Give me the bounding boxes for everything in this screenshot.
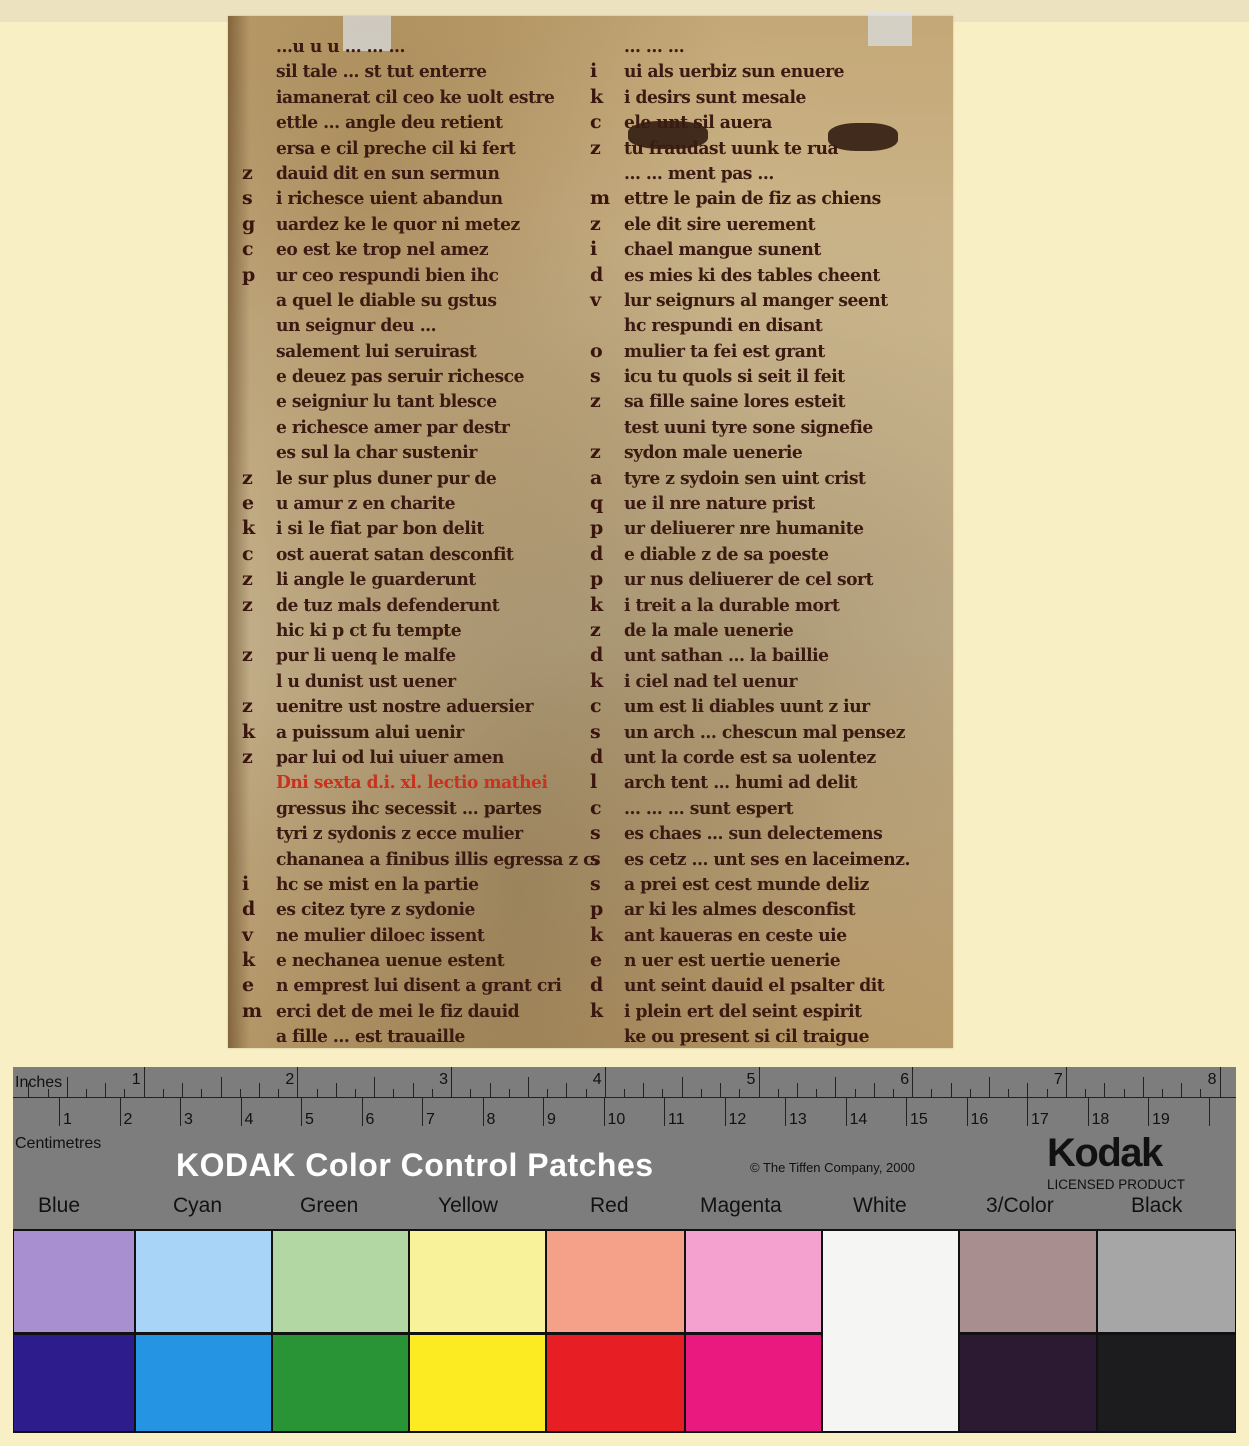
inch-tick bbox=[490, 1083, 491, 1097]
manuscript-line: a quel le diable su gstus bbox=[242, 288, 616, 313]
patch-label-red: Red bbox=[590, 1194, 629, 1218]
patch-bottom-blue bbox=[14, 1335, 134, 1431]
inch-tick bbox=[86, 1089, 87, 1097]
line-text: ettre le pain de fiz as chiens bbox=[624, 186, 881, 211]
line-text: i ciel nad tel uenur bbox=[624, 669, 797, 694]
inch-tick bbox=[278, 1089, 279, 1097]
cm-number: 15 bbox=[910, 1111, 928, 1129]
manuscript-line: ... ... ment pas ... bbox=[590, 161, 925, 186]
cm-number: 13 bbox=[789, 1111, 807, 1129]
cm-tick bbox=[120, 1098, 121, 1126]
inch-tick bbox=[1200, 1089, 1201, 1097]
cm-number: 8 bbox=[487, 1111, 496, 1129]
line-text: ele unt sil auera bbox=[624, 110, 772, 135]
manuscript-line: un seignur deu ... bbox=[242, 313, 616, 338]
initial-letter: k bbox=[590, 923, 624, 948]
cm-tick bbox=[1088, 1098, 1089, 1126]
manuscript-line: zpur li uenq le malfe bbox=[242, 643, 616, 668]
manuscript-line: ichael mangue sunent bbox=[590, 237, 925, 262]
cm-number: 10 bbox=[608, 1111, 626, 1129]
line-text: salement lui seruirast bbox=[276, 339, 476, 364]
copyright-text: © The Tiffen Company, 2000 bbox=[750, 1160, 915, 1175]
manuscript-line: de diable z de sa poeste bbox=[590, 542, 925, 567]
inch-tick bbox=[1085, 1089, 1086, 1097]
inch-tick bbox=[586, 1089, 587, 1097]
line-text: chael mangue sunent bbox=[624, 237, 821, 262]
line-text: unt la corde est sa uolentez bbox=[624, 745, 876, 770]
cm-tick bbox=[1209, 1098, 1210, 1126]
line-text: sil tale ... st tut enterre bbox=[276, 59, 487, 84]
manuscript-line: test uuni tyre sone signefie bbox=[590, 415, 925, 440]
inch-tick bbox=[989, 1077, 990, 1097]
inch-tick bbox=[970, 1089, 971, 1097]
patch-label-white: White bbox=[853, 1194, 907, 1218]
line-text: ersa e cil preche cil ki fert bbox=[276, 136, 515, 161]
centimetres-label: Centimetres bbox=[15, 1135, 101, 1153]
inch-tick bbox=[509, 1089, 510, 1097]
manuscript-line: dunt seint dauid el psalter dit bbox=[590, 973, 925, 998]
cm-tick bbox=[846, 1098, 847, 1126]
manuscript-line: ke ou present si cil traigue bbox=[590, 1024, 925, 1049]
manuscript-line: ersa e cil preche cil ki fert bbox=[242, 136, 616, 161]
line-text: e nechanea uenue estent bbox=[276, 948, 504, 973]
line-text: de tuz mals defenderunt bbox=[276, 593, 499, 618]
patch-label-magenta: Magenta bbox=[700, 1194, 782, 1218]
manuscript-line: si richesce uient abandun bbox=[242, 186, 616, 211]
manuscript-line: cele unt sil auera bbox=[590, 110, 925, 135]
line-text: ar ki les almes desconfist bbox=[624, 897, 855, 922]
line-text: u amur z en charite bbox=[276, 491, 455, 516]
inch-tick bbox=[182, 1083, 183, 1097]
initial-letter: q bbox=[590, 491, 624, 516]
initial-letter: z bbox=[242, 567, 276, 592]
manuscript-line: iamanerat cil ceo ke uolt estre bbox=[242, 85, 616, 110]
manuscript-line: vlur seignurs al manger seent bbox=[590, 288, 925, 313]
initial-letter: k bbox=[590, 85, 624, 110]
inch-tick bbox=[759, 1067, 760, 1097]
inch-tick bbox=[931, 1089, 932, 1097]
manuscript-line: c... ... ... sunt espert bbox=[590, 796, 925, 821]
manuscript-line: es sul la char sustenir bbox=[242, 440, 616, 465]
line-text: uardez ke le quor ni metez bbox=[276, 212, 520, 237]
line-text: a prei est cest munde deliz bbox=[624, 872, 869, 897]
initial-letter: e bbox=[590, 948, 624, 973]
manuscript-line: en uer est uertie uenerie bbox=[590, 948, 925, 973]
line-text: es cetz ... unt ses en laceimenz. bbox=[624, 847, 910, 872]
initial-letter: p bbox=[590, 567, 624, 592]
inch-number: 8 bbox=[1208, 1071, 1217, 1089]
manuscript-line: ses cetz ... unt ses en laceimenz. bbox=[590, 847, 925, 872]
manuscript-line: mettre le pain de fiz as chiens bbox=[590, 186, 925, 211]
manuscript-line: pur ceo respundi bien ihc bbox=[242, 263, 616, 288]
initial-letter: v bbox=[242, 923, 276, 948]
manuscript-line: a fille ... est trauaille bbox=[242, 1024, 616, 1049]
line-text: ur deliuerer nre humanite bbox=[624, 516, 864, 541]
manuscript-line: des mies ki des tables cheent bbox=[590, 263, 925, 288]
line-text: e richesce amer par destr bbox=[276, 415, 509, 440]
cm-tick bbox=[1027, 1098, 1028, 1126]
inch-tick bbox=[259, 1083, 260, 1097]
initial-letter: s bbox=[242, 186, 276, 211]
line-text: l u dunist ust uener bbox=[276, 669, 456, 694]
inch-number: 4 bbox=[593, 1071, 602, 1089]
cm-number: 1 bbox=[63, 1111, 72, 1129]
patch-bottom-red bbox=[547, 1335, 684, 1431]
line-text: es chaes ... sun delectemens bbox=[624, 821, 882, 846]
inch-tick bbox=[105, 1083, 106, 1097]
manuscript-line: cost auerat satan desconfit bbox=[242, 542, 616, 567]
line-text: ... ... ... sunt espert bbox=[624, 796, 793, 821]
cm-tick bbox=[543, 1098, 544, 1126]
line-text: pur li uenq le malfe bbox=[276, 643, 456, 668]
initial-letter: z bbox=[590, 136, 624, 161]
manuscript-line: e seigniur lu tant blesce bbox=[242, 389, 616, 414]
inch-tick bbox=[547, 1089, 548, 1097]
patch-bottom-black bbox=[1098, 1335, 1235, 1431]
line-text: a fille ... est trauaille bbox=[276, 1024, 465, 1049]
color-patches bbox=[13, 1229, 1236, 1433]
line-text: ost auerat satan desconfit bbox=[276, 542, 513, 567]
inch-tick bbox=[662, 1089, 663, 1097]
manuscript-line: atyre z sydoin sen uint crist bbox=[590, 466, 925, 491]
manuscript-line: ceo est ke trop nel amez bbox=[242, 237, 616, 262]
line-text: gressus ihc secessit ... partes bbox=[276, 796, 541, 821]
line-text: sa fille saine lores esteit bbox=[624, 389, 845, 414]
line-text: ele dit sire uerement bbox=[624, 212, 815, 237]
initial-letter: p bbox=[590, 516, 624, 541]
patch-bottom-magenta bbox=[686, 1335, 821, 1431]
manuscript-line: ettle ... angle deu retient bbox=[242, 110, 616, 135]
line-text: ue il nre nature prist bbox=[624, 491, 815, 516]
line-text: es citez tyre z sydonie bbox=[276, 897, 475, 922]
manuscript-line: eu amur z en charite bbox=[242, 491, 616, 516]
initial-letter: c bbox=[590, 110, 624, 135]
inch-tick bbox=[682, 1077, 683, 1097]
line-text: lur seignurs al manger seent bbox=[624, 288, 888, 313]
cm-tick bbox=[241, 1098, 242, 1126]
line-text: arch tent ... humi ad delit bbox=[624, 770, 857, 795]
initial-letter: p bbox=[242, 263, 276, 288]
inch-tick bbox=[1143, 1077, 1144, 1097]
patch-top-blue bbox=[14, 1231, 134, 1332]
initial-letter: e bbox=[242, 491, 276, 516]
line-text: ur ceo respundi bien ihc bbox=[276, 263, 498, 288]
manuscript-line: sil tale ... st tut enterre bbox=[242, 59, 616, 84]
manuscript-line: pur deliuerer nre humanite bbox=[590, 516, 925, 541]
cm-tick bbox=[967, 1098, 968, 1126]
patch-white bbox=[823, 1231, 958, 1431]
line-text: i si le fiat par bon delit bbox=[276, 516, 484, 541]
line-text: ...u u u ... ... ... bbox=[276, 34, 405, 59]
manuscript-line: iui als uerbiz sun enuere bbox=[590, 59, 925, 84]
line-text: sydon male uenerie bbox=[624, 440, 802, 465]
initial-letter: i bbox=[590, 59, 624, 84]
manuscript-line: kant kaueras en ceste uie bbox=[590, 923, 925, 948]
cm-tick bbox=[483, 1098, 484, 1126]
manuscript-line: chananea a finibus illis egressa z c. bbox=[242, 847, 616, 872]
manuscript-line: e deuez pas seruir richesce bbox=[242, 364, 616, 389]
line-text: Dni sexta d.i. xl. lectio mathei bbox=[276, 770, 547, 795]
manuscript-line: des citez tyre z sydonie bbox=[242, 897, 616, 922]
kodak-logo: Kodak bbox=[1047, 1131, 1162, 1176]
manuscript-line: ki plein ert del seint espirit bbox=[590, 999, 925, 1024]
initial-letter: s bbox=[590, 364, 624, 389]
line-text: n uer est uertie uenerie bbox=[624, 948, 840, 973]
cm-number: 9 bbox=[547, 1111, 556, 1129]
inch-tick bbox=[797, 1083, 798, 1097]
manuscript-line: ki desirs sunt mesale bbox=[590, 85, 925, 110]
cm-number: 4 bbox=[245, 1111, 254, 1129]
manuscript-line: zsydon male uenerie bbox=[590, 440, 925, 465]
manuscript-line: zde la male uenerie bbox=[590, 618, 925, 643]
initial-letter: c bbox=[242, 542, 276, 567]
inch-tick bbox=[374, 1077, 375, 1097]
manuscript-line: gressus ihc secessit ... partes bbox=[242, 796, 616, 821]
inch-tick bbox=[1066, 1067, 1067, 1097]
line-text: test uuni tyre sone signefie bbox=[624, 415, 873, 440]
initial-letter: a bbox=[590, 466, 624, 491]
line-text: a puissum alui uenir bbox=[276, 720, 464, 745]
manuscript-line: en emprest lui disent a grant cri bbox=[242, 973, 616, 998]
inch-tick bbox=[201, 1089, 202, 1097]
patch-top-magenta bbox=[686, 1231, 821, 1332]
line-text: e diable z de sa poeste bbox=[624, 542, 828, 567]
color-control-card: 1234567812345678910111213141516171819 In… bbox=[13, 1067, 1236, 1229]
cm-number: 6 bbox=[366, 1111, 375, 1129]
inch-tick bbox=[528, 1077, 529, 1097]
line-text: hc se mist en la partie bbox=[276, 872, 479, 897]
patch-label-blue: Blue bbox=[38, 1194, 80, 1218]
inch-tick bbox=[451, 1067, 452, 1097]
line-text: dauid dit en sun sermun bbox=[276, 161, 499, 186]
line-text: tyri z sydonis z ecce mulier bbox=[276, 821, 523, 846]
initial-letter: z bbox=[242, 161, 276, 186]
card-title: KODAK Color Control Patches bbox=[176, 1147, 654, 1184]
manuscript-line: ki treit a la durable mort bbox=[590, 593, 925, 618]
patch-label-black: Black bbox=[1131, 1194, 1182, 1218]
cm-number: 11 bbox=[668, 1111, 685, 1129]
line-text: par lui od lui uiuer amen bbox=[276, 745, 504, 770]
cm-tick bbox=[664, 1098, 665, 1126]
line-text: un arch ... chescun mal pensez bbox=[624, 720, 905, 745]
initial-letter: z bbox=[242, 466, 276, 491]
inch-tick bbox=[701, 1089, 702, 1097]
patch-bottom-green bbox=[273, 1335, 408, 1431]
initial-letter: p bbox=[590, 897, 624, 922]
line-text: n emprest lui disent a grant cri bbox=[276, 973, 561, 998]
text-column-right: ... ... ...iui als uerbiz sun enuereki d… bbox=[590, 34, 925, 1050]
manuscript-line: hic ki p ct fu tempte bbox=[242, 618, 616, 643]
cm-number: 3 bbox=[184, 1111, 193, 1129]
inch-tick bbox=[1047, 1089, 1048, 1097]
cm-tick bbox=[59, 1098, 60, 1126]
inch-tick bbox=[1162, 1089, 1163, 1097]
manuscript-line: que il nre nature prist bbox=[590, 491, 925, 516]
line-text: es sul la char sustenir bbox=[276, 440, 477, 465]
inch-tick bbox=[297, 1067, 298, 1097]
initial-letter: o bbox=[590, 339, 624, 364]
manuscript-line: omulier ta fei est grant bbox=[590, 339, 925, 364]
line-text: a quel le diable su gstus bbox=[276, 288, 497, 313]
manuscript-line: zde tuz mals defenderunt bbox=[242, 593, 616, 618]
cm-tick bbox=[180, 1098, 181, 1126]
inch-tick bbox=[336, 1083, 337, 1097]
manuscript-line: Dni sexta d.i. xl. lectio mathei bbox=[242, 770, 616, 795]
manuscript-line: pur nus deliuerer de cel sort bbox=[590, 567, 925, 592]
line-text: ant kaueras en ceste uie bbox=[624, 923, 847, 948]
manuscript-line: tyri z sydonis z ecce mulier bbox=[242, 821, 616, 846]
cm-tick bbox=[301, 1098, 302, 1126]
manuscript-line: salement lui seruirast bbox=[242, 339, 616, 364]
inch-number: 6 bbox=[900, 1071, 909, 1089]
patch-label-green: Green bbox=[300, 1194, 358, 1218]
line-text: le sur plus duner pur de bbox=[276, 466, 496, 491]
cm-tick bbox=[906, 1098, 907, 1126]
initial-letter: z bbox=[242, 643, 276, 668]
initial-letter: l bbox=[590, 770, 624, 795]
line-text: hc respundi en disant bbox=[624, 313, 822, 338]
line-text: um est li diables uunt z iur bbox=[624, 694, 870, 719]
inch-tick bbox=[720, 1083, 721, 1097]
patch-top-yellow bbox=[410, 1231, 545, 1332]
patch-bottom-cyan bbox=[136, 1335, 271, 1431]
line-text: ... ... ... bbox=[624, 34, 684, 59]
cm-number: 2 bbox=[124, 1111, 133, 1129]
patch-top-3-color bbox=[960, 1231, 1096, 1332]
line-text: erci det de mei le fiz dauid bbox=[276, 999, 519, 1024]
inch-tick bbox=[470, 1089, 471, 1097]
inch-number: 7 bbox=[1054, 1071, 1063, 1089]
initial-letter: d bbox=[590, 745, 624, 770]
initial-letter: s bbox=[590, 847, 624, 872]
line-text: i desirs sunt mesale bbox=[624, 85, 806, 110]
initial-letter: c bbox=[590, 694, 624, 719]
line-text: unt seint dauid el psalter dit bbox=[624, 973, 884, 998]
line-text: i plein ert del seint espirit bbox=[624, 999, 862, 1024]
cm-tick bbox=[725, 1098, 726, 1126]
inch-tick bbox=[624, 1089, 625, 1097]
line-text: iamanerat cil ceo ke uolt estre bbox=[276, 85, 554, 110]
initial-letter: d bbox=[590, 263, 624, 288]
initial-letter: c bbox=[590, 796, 624, 821]
manuscript-line: par ki les almes desconfist bbox=[590, 897, 925, 922]
cm-number: 7 bbox=[426, 1111, 435, 1129]
cm-number: 12 bbox=[729, 1111, 747, 1129]
line-text: tyre z sydoin sen uint crist bbox=[624, 466, 865, 491]
line-text: icu tu quols si seit il feit bbox=[624, 364, 845, 389]
line-text: eo est ke trop nel amez bbox=[276, 237, 488, 262]
text-column-left: ...u u u ... ... ...sil tale ... st tut … bbox=[242, 34, 616, 1050]
initial-letter: s bbox=[590, 821, 624, 846]
initial-letter: z bbox=[590, 389, 624, 414]
manuscript-line: ses chaes ... sun delectemens bbox=[590, 821, 925, 846]
line-text: ... ... ment pas ... bbox=[624, 161, 774, 186]
line-text: ettle ... angle deu retient bbox=[276, 110, 503, 135]
manuscript-line: zpar lui od lui uiuer amen bbox=[242, 745, 616, 770]
initial-letter: z bbox=[242, 593, 276, 618]
manuscript-line: l u dunist ust uener bbox=[242, 669, 616, 694]
initial-letter: k bbox=[590, 669, 624, 694]
manuscript-line: sicu tu quols si seit il feit bbox=[590, 364, 925, 389]
cm-tick bbox=[1148, 1098, 1149, 1126]
line-text: un seignur deu ... bbox=[276, 313, 436, 338]
inch-tick bbox=[643, 1083, 644, 1097]
initial-letter: z bbox=[590, 212, 624, 237]
inch-tick bbox=[221, 1077, 222, 1097]
line-text: unt sathan ... la baillie bbox=[624, 643, 829, 668]
manuscript-line: ki ciel nad tel uenur bbox=[590, 669, 925, 694]
manuscript-line: dunt la corde est sa uolentez bbox=[590, 745, 925, 770]
inch-tick bbox=[816, 1089, 817, 1097]
inch-tick bbox=[605, 1067, 606, 1097]
inch-tick bbox=[317, 1089, 318, 1097]
cm-number: 17 bbox=[1031, 1111, 1049, 1129]
initial-letter: c bbox=[242, 237, 276, 262]
inch-tick bbox=[1124, 1089, 1125, 1097]
patch-top-black bbox=[1098, 1231, 1235, 1332]
line-text: i treit a la durable mort bbox=[624, 593, 839, 618]
inch-tick bbox=[951, 1083, 952, 1097]
inch-tick bbox=[240, 1089, 241, 1097]
inch-tick bbox=[413, 1083, 414, 1097]
initial-letter: k bbox=[590, 593, 624, 618]
initial-letter: d bbox=[590, 643, 624, 668]
manuscript-line: zli angle le guarderunt bbox=[242, 567, 616, 592]
manuscript-line: e richesce amer par destr bbox=[242, 415, 616, 440]
line-text: e seigniur lu tant blesce bbox=[276, 389, 497, 414]
inch-tick bbox=[163, 1089, 164, 1097]
manuscript-line: zuenitre ust nostre aduersier bbox=[242, 694, 616, 719]
manuscript-leaf: ...u u u ... ... ...sil tale ... st tut … bbox=[228, 16, 953, 1048]
manuscript-line: vne mulier diloec issent bbox=[242, 923, 616, 948]
patch-top-red bbox=[547, 1231, 684, 1332]
line-text: li angle le guarderunt bbox=[276, 567, 476, 592]
manuscript-line: sun arch ... chescun mal pensez bbox=[590, 720, 925, 745]
initial-letter: m bbox=[590, 186, 624, 211]
initial-letter: z bbox=[590, 618, 624, 643]
inch-tick bbox=[893, 1089, 894, 1097]
initial-letter: e bbox=[242, 973, 276, 998]
inch-number: 3 bbox=[439, 1071, 448, 1089]
line-text: mulier ta fei est grant bbox=[624, 339, 825, 364]
inch-tick bbox=[1027, 1083, 1028, 1097]
manuscript-line: zle sur plus duner pur de bbox=[242, 466, 616, 491]
cm-tick bbox=[422, 1098, 423, 1126]
manuscript-line: zele dit sire uerement bbox=[590, 212, 925, 237]
manuscript-line: sa prei est cest munde deliz bbox=[590, 872, 925, 897]
inch-tick bbox=[778, 1089, 779, 1097]
licensed-product-text: LICENSED PRODUCT bbox=[1047, 1177, 1185, 1192]
manuscript-line: zsa fille saine lores esteit bbox=[590, 389, 925, 414]
inch-tick bbox=[874, 1083, 875, 1097]
initial-letter: i bbox=[590, 237, 624, 262]
patch-label-3-color: 3/Color bbox=[986, 1194, 1054, 1218]
initial-letter: i bbox=[242, 872, 276, 897]
patch-label-cyan: Cyan bbox=[173, 1194, 222, 1218]
manuscript-line: merci det de mei le fiz dauid bbox=[242, 999, 616, 1024]
manuscript-line: ztu fraudast uunk te rua bbox=[590, 136, 925, 161]
cm-number: 5 bbox=[305, 1111, 314, 1129]
manuscript-line: ki si le fiat par bon delit bbox=[242, 516, 616, 541]
line-text: ne mulier diloec issent bbox=[276, 923, 484, 948]
cm-tick bbox=[785, 1098, 786, 1126]
inch-number: 1 bbox=[132, 1071, 141, 1089]
initial-letter: g bbox=[242, 212, 276, 237]
inch-tick bbox=[1181, 1083, 1182, 1097]
manuscript-line: ka puissum alui uenir bbox=[242, 720, 616, 745]
initial-letter: s bbox=[590, 720, 624, 745]
line-text: es mies ki des tables cheent bbox=[624, 263, 880, 288]
